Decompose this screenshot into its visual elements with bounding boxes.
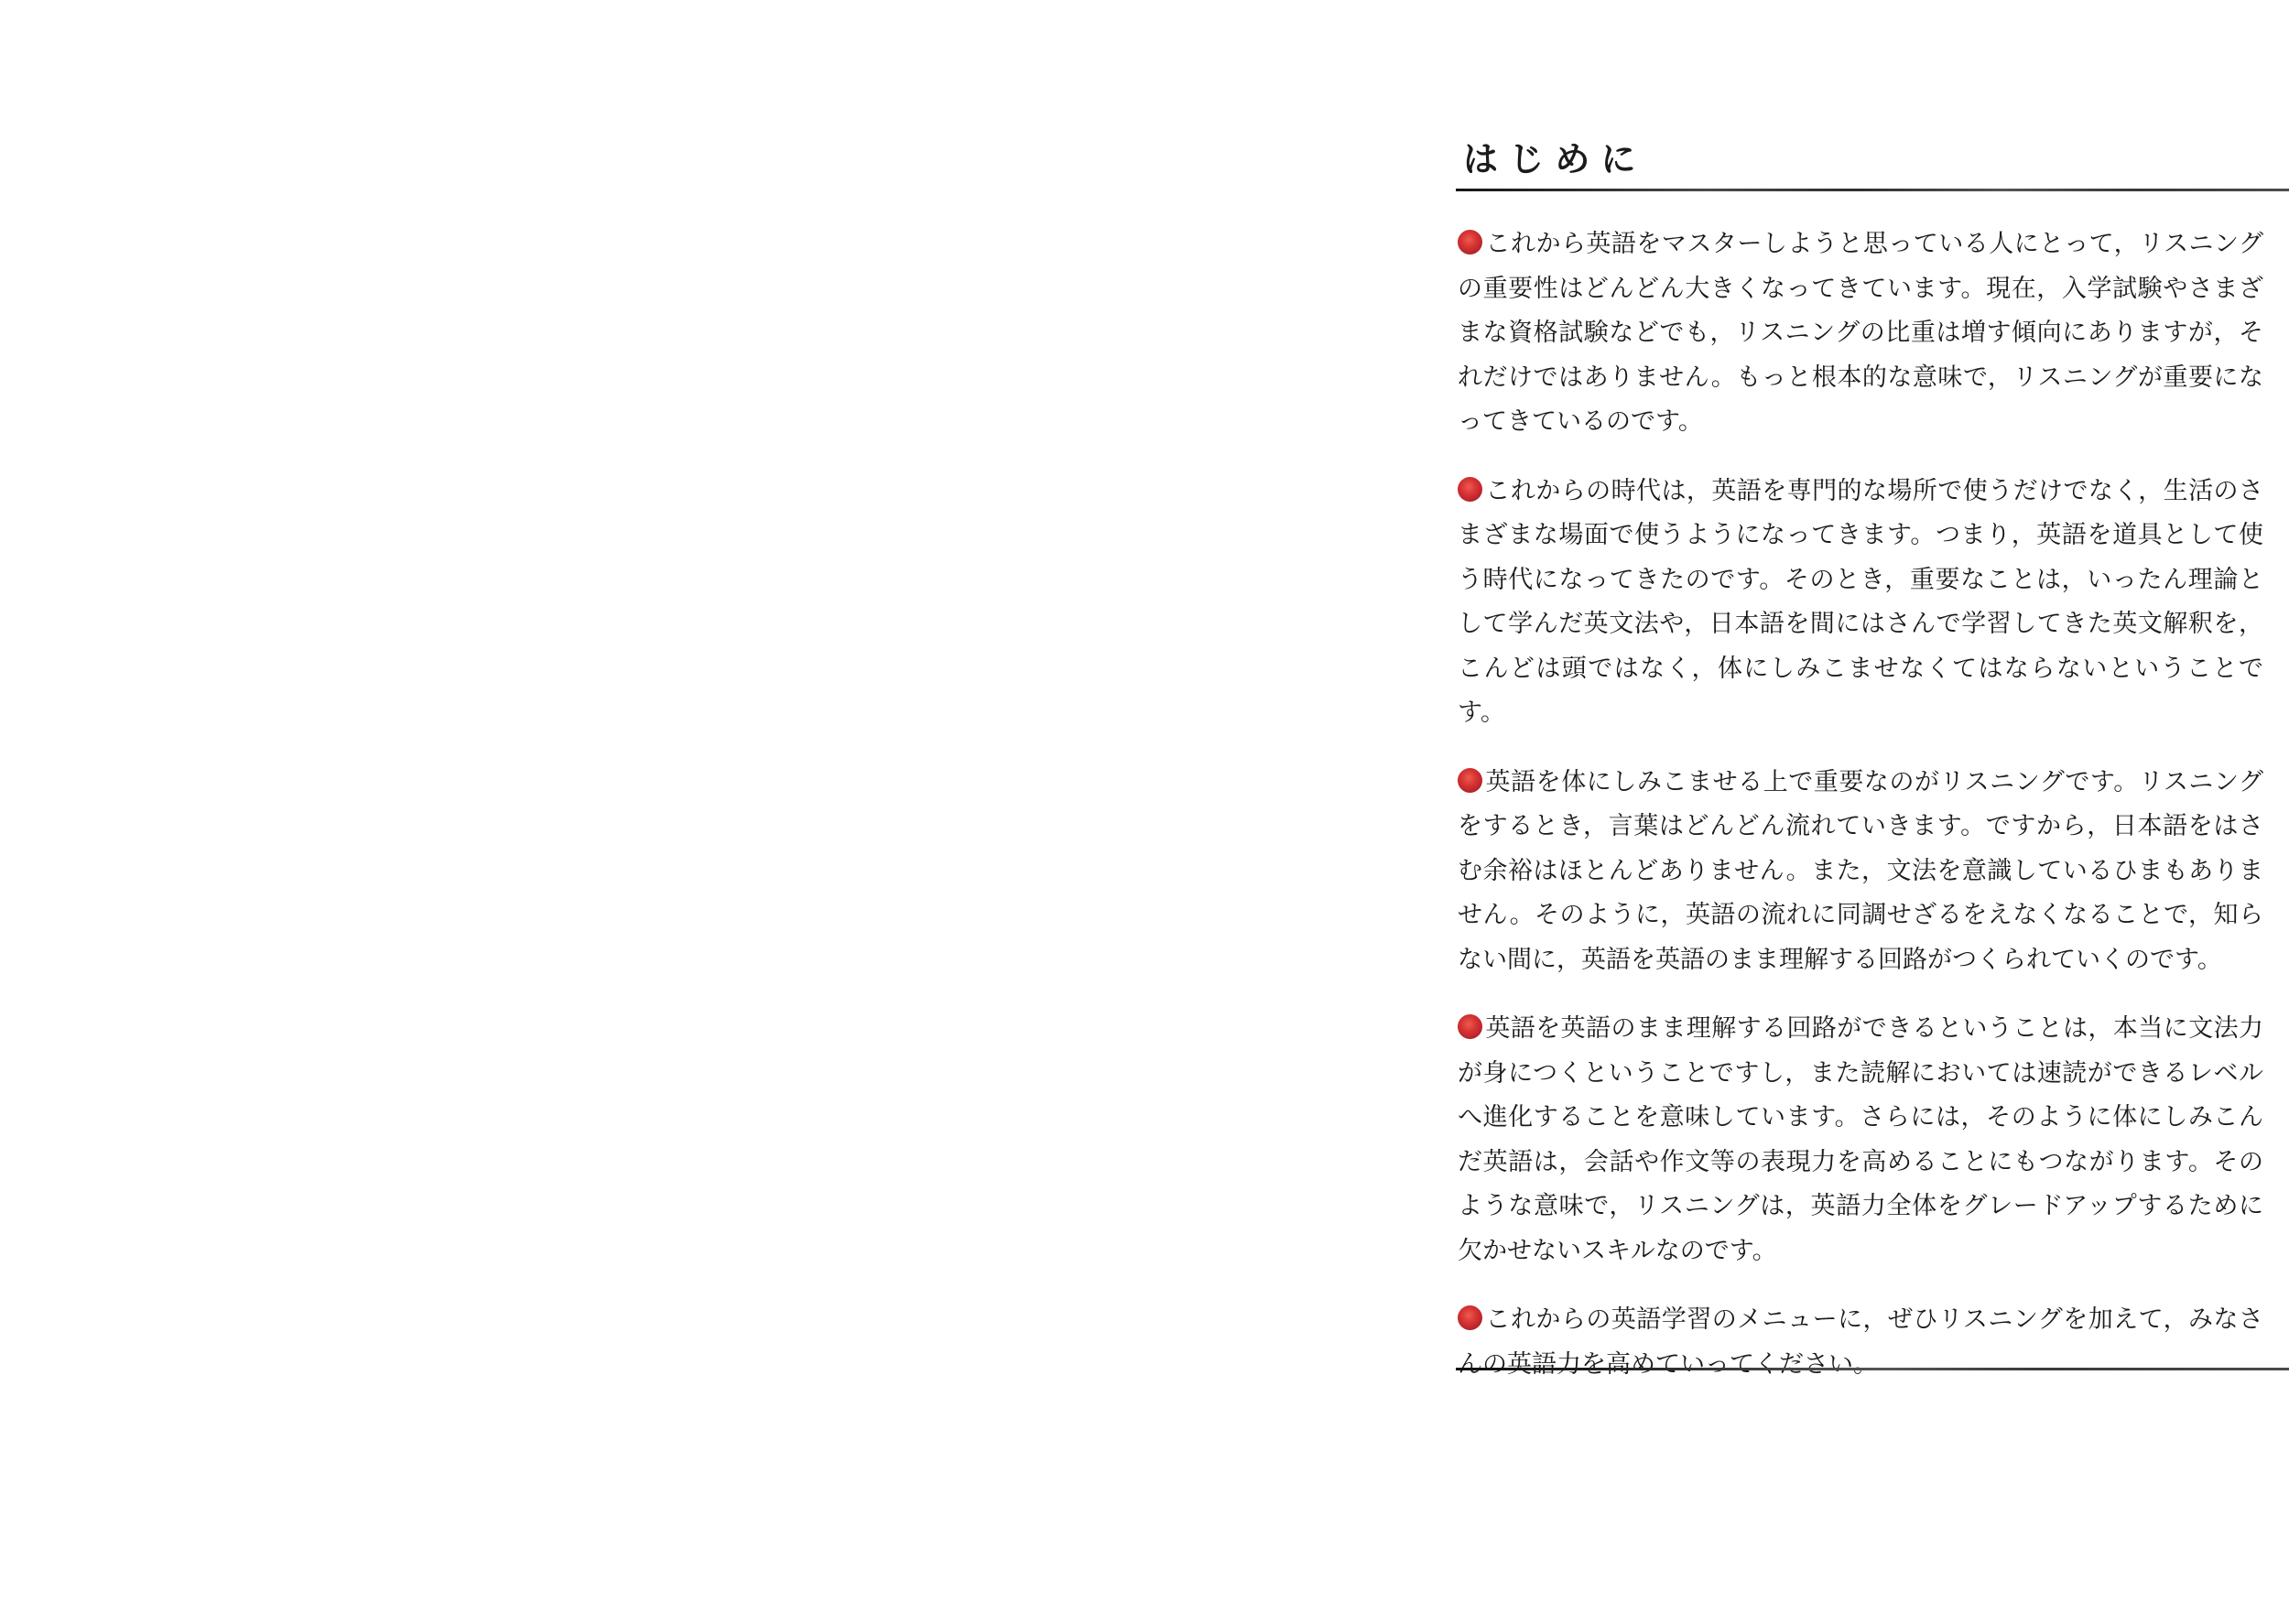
scanned-book-page: はじめに これから英語をマスターしようと思っている人にとって，リスニングの重要性…	[0, 0, 2289, 1624]
page-title: はじめに	[1463, 139, 1647, 179]
footer-divider-line	[1456, 1368, 2289, 1370]
title-divider-line	[1456, 189, 2289, 191]
paragraph-text: これから英語をマスターしようと思っている人にとって，リスニングの重要性はどんどん…	[1458, 230, 2263, 436]
red-bullet-icon	[1458, 477, 1482, 502]
red-bullet-icon	[1458, 1014, 1482, 1039]
paragraph-text: これからの時代は，英語を専門的な場所で使うだけでなく，生活のさまざまな場面で使う…	[1458, 477, 2263, 728]
paragraph: これから英語をマスターしようと思っている人にとって，リスニングの重要性はどんどん…	[1458, 222, 2263, 445]
paragraph-text: 英語を英語のまま理解する回路ができるということは，本当に文法力が身につくというこ…	[1458, 1014, 2263, 1265]
paragraph: 英語を体にしみこませる上で重要なのがリスニングです。リスニングをするとき，言葉は…	[1458, 761, 2263, 983]
paragraph: これからの時代は，英語を専門的な場所で使うだけでなく，生活のさまざまな場面で使う…	[1458, 470, 2263, 736]
red-bullet-icon	[1458, 230, 1482, 254]
preface-body: これから英語をマスターしようと思っている人にとって，リスニングの重要性はどんどん…	[1458, 222, 2263, 1387]
red-bullet-icon	[1458, 768, 1482, 793]
paragraph-text: 英語を体にしみこませる上で重要なのがリスニングです。リスニングをするとき，言葉は…	[1458, 768, 2263, 974]
red-bullet-icon	[1458, 1305, 1482, 1330]
paragraph: これからの英語学習のメニューに，ぜひリスニングを加えて，みなさんの英語力を高めて…	[1458, 1298, 2263, 1387]
paragraph: 英語を英語のまま理解する回路ができるということは，本当に文法力が身につくというこ…	[1458, 1007, 2263, 1273]
